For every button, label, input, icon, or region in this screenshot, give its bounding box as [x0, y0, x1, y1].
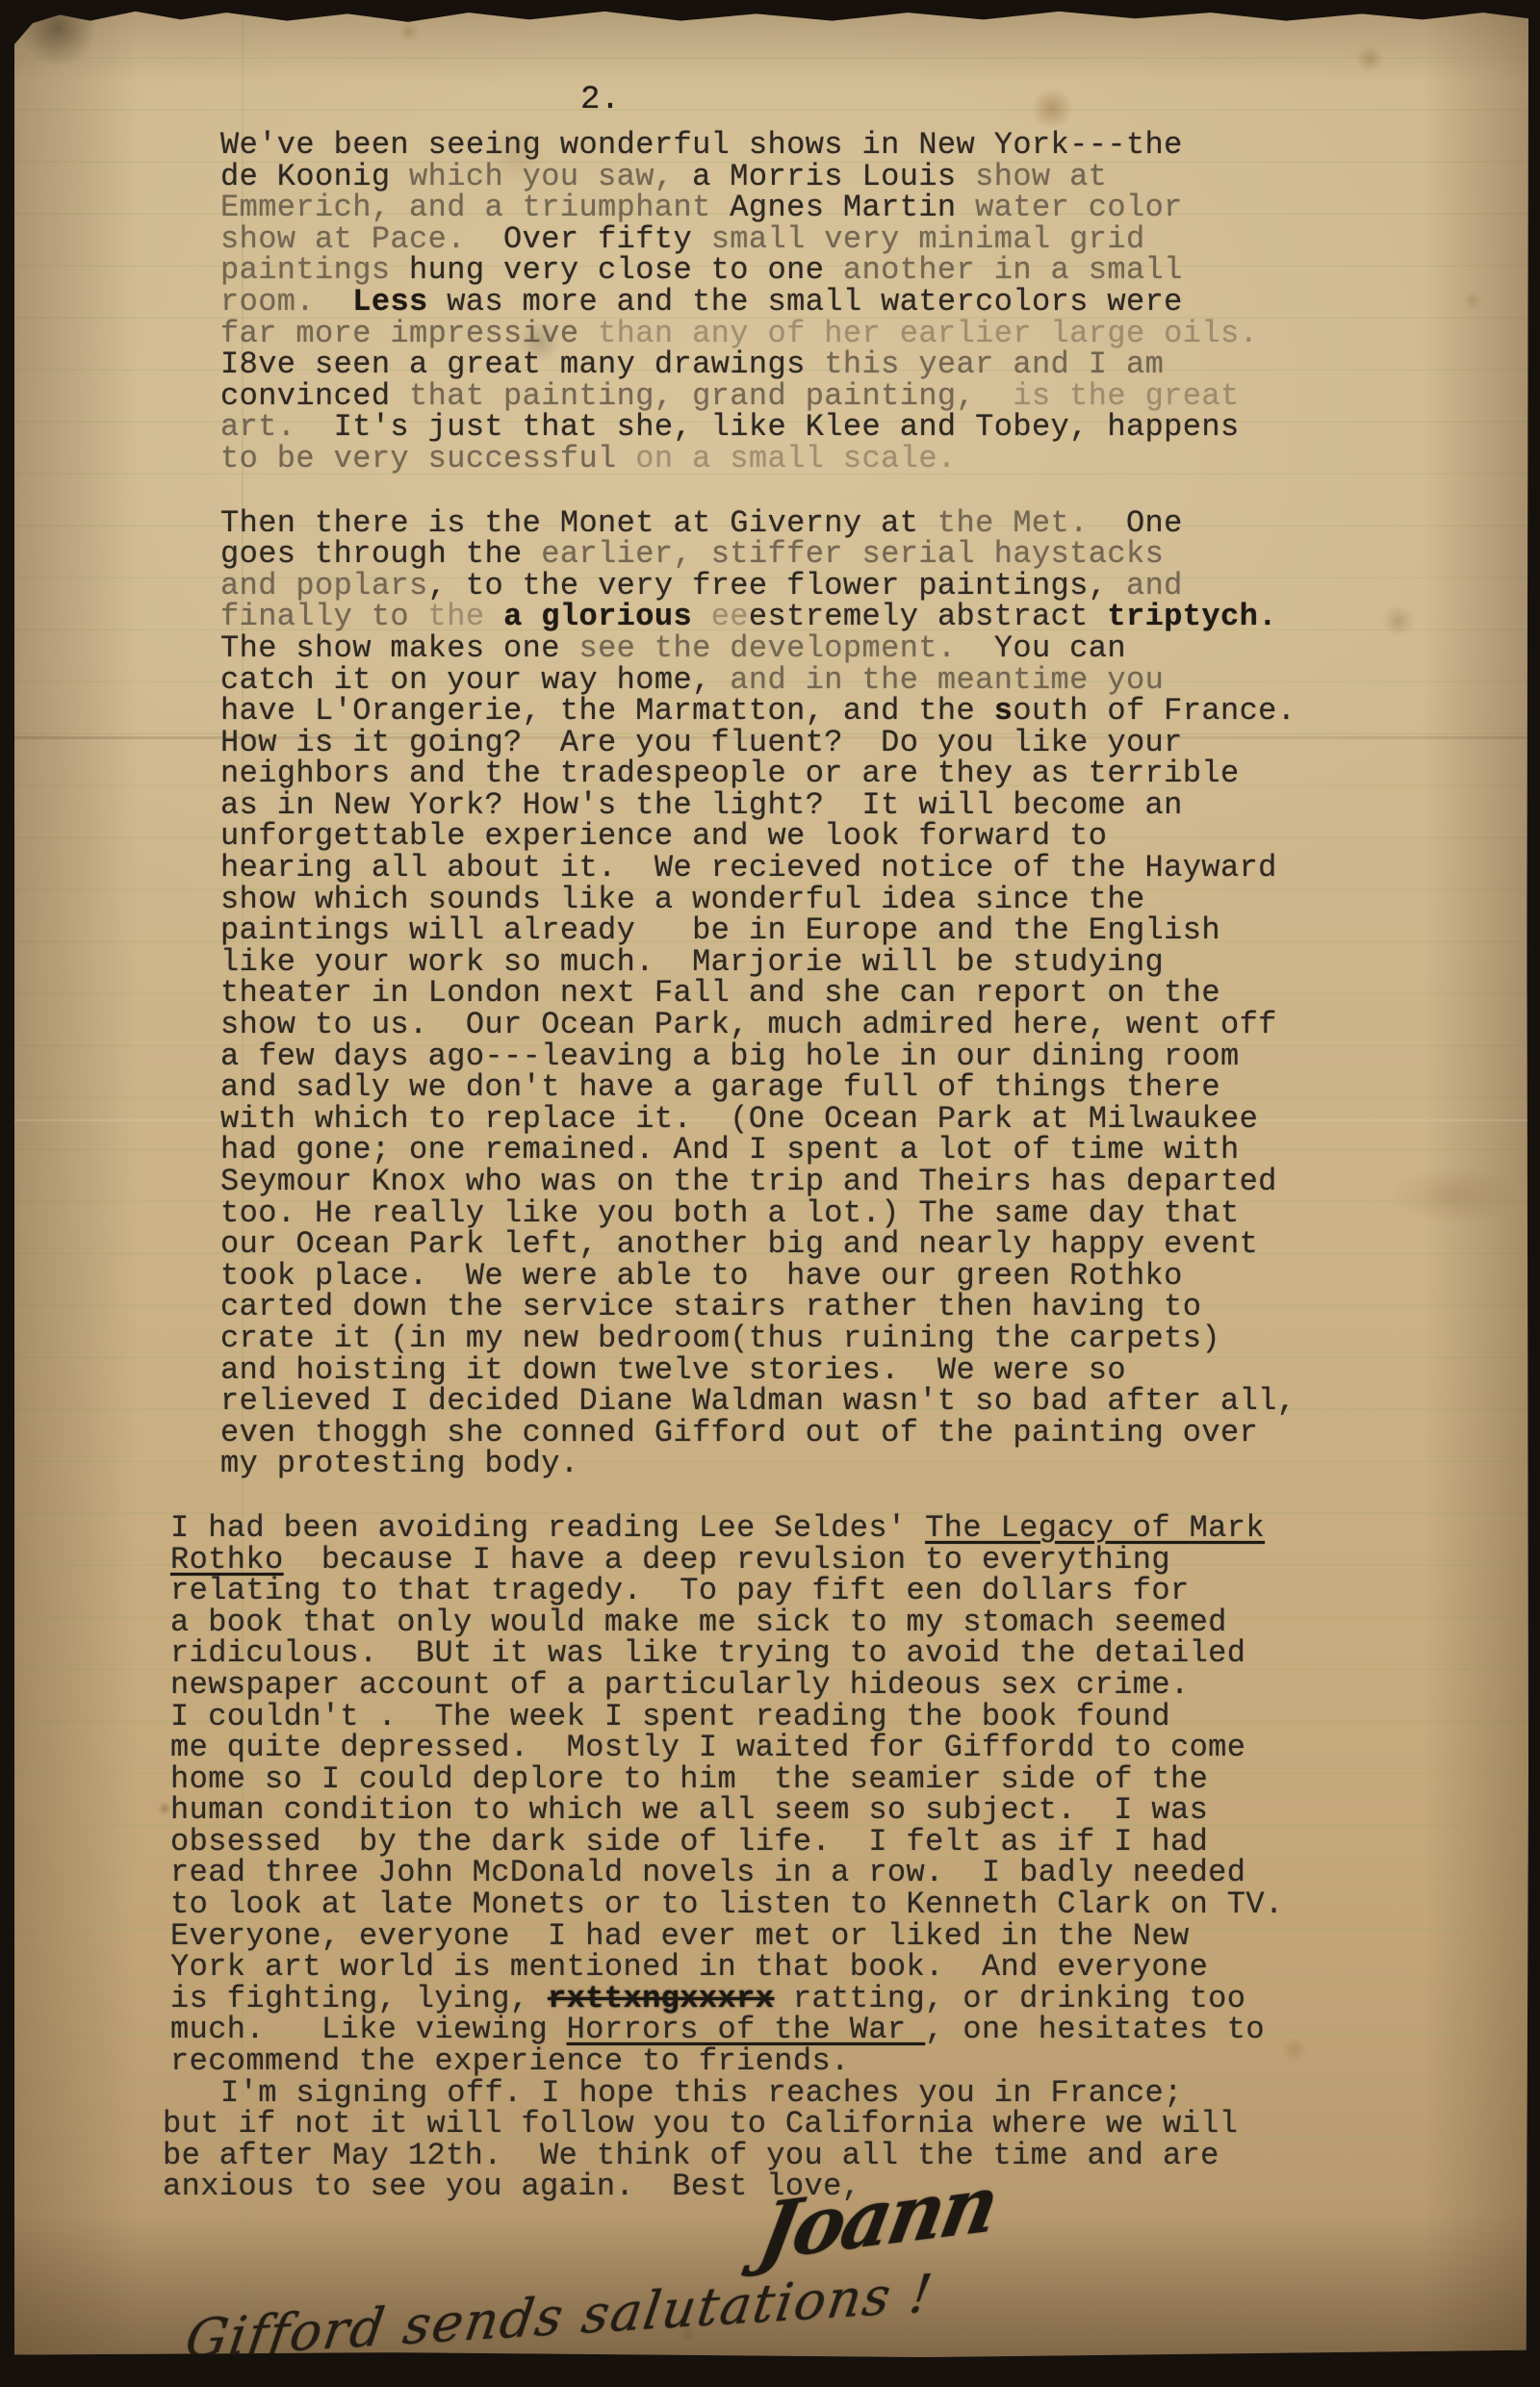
- typed-line: show which sounds like a wonderful idea …: [220, 885, 1528, 916]
- typed-line: is fighting, lying, rxttxngxxxrx ratting…: [170, 1984, 1528, 2015]
- typed-line: have L'Orangerie, the Marmatton, and the…: [220, 696, 1528, 728]
- typed-line: like your work so much. Marjorie will be…: [220, 947, 1528, 979]
- typed-line: had gone; one remained. And I spent a lo…: [220, 1135, 1528, 1167]
- text-segment: relieved I decided Diane Waldman wasn't …: [220, 1383, 1296, 1419]
- typed-line: Emmerich, and a triumphant Agnes Martin …: [220, 192, 1528, 224]
- text-segment: a book that only would make me sick to m…: [170, 1604, 1227, 1640]
- text-segment: read three John McDonald novels in a row…: [170, 1855, 1245, 1890]
- typed-line: and poplars, to the very free flower pai…: [220, 571, 1528, 603]
- text-segment: paintings will already be in Europe and …: [220, 912, 1220, 948]
- text-segment: another in a small: [843, 252, 1183, 288]
- typed-line: goes through the earlier, stiffer serial…: [220, 539, 1528, 571]
- text-segment: a few days ago---leaving a big hole in o…: [220, 1039, 1240, 1074]
- text-segment: The Legacy of Mark: [925, 1510, 1265, 1546]
- text-segment: show which sounds like a wonderful idea …: [220, 882, 1145, 917]
- text-segment: recommend the experience to friends.: [170, 2043, 850, 2079]
- text-segment: ee: [711, 599, 749, 634]
- text-segment: You can: [994, 630, 1126, 666]
- text-segment: How is it going? Are you fluent? Do you …: [220, 725, 1183, 760]
- text-segment: theater in London next Fall and she can …: [220, 975, 1220, 1011]
- typed-line: even thoggh she conned Gifford out of th…: [220, 1418, 1528, 1450]
- typed-line: with which to replace it. (One Ocean Par…: [220, 1104, 1528, 1136]
- typed-line: hearing all about it. We recieved notice…: [220, 853, 1528, 885]
- text-segment: anxious to see you again. Best love,: [163, 2169, 860, 2204]
- text-segment: rxttxngxxxrx: [548, 1981, 774, 2016]
- text-segment: and hoisting it down twelve stories. We …: [220, 1352, 1126, 1388]
- text-segment: s: [994, 693, 1014, 729]
- text-segment: had gone; one remained. And I spent a lo…: [220, 1132, 1240, 1168]
- text-segment: too. He really like you both a lot.) The…: [220, 1195, 1240, 1231]
- text-segment: relating to that tragedy. To pay fift ee…: [170, 1573, 1190, 1608]
- text-segment: catch it on your way home,: [220, 662, 730, 698]
- typed-line: Then there is the Monet at Giverny at th…: [220, 508, 1528, 540]
- typed-line: Rothko because I have a deep revulsion t…: [170, 1545, 1528, 1577]
- text-segment: We've been seeing wonderful shows in New…: [220, 127, 1183, 163]
- typed-line: art. It's just that she, like Klee and T…: [220, 412, 1528, 444]
- typed-line: paintings will already be in Europe and …: [220, 915, 1528, 947]
- typed-line: and hoisting it down twelve stories. We …: [220, 1355, 1528, 1387]
- text-segment: Then there is the Monet at Giverny at: [220, 505, 937, 541]
- text-segment: human condition to which we all seem so …: [170, 1792, 1208, 1828]
- text-segment: a glorious: [503, 599, 711, 634]
- text-segment: obsessed by the dark side of life. I fel…: [170, 1824, 1208, 1860]
- text-segment: York art world is mentioned in that book…: [170, 1949, 1208, 1985]
- text-segment: crate it (in my new bedroom(thus ruining…: [220, 1321, 1220, 1356]
- page-number: 2.: [580, 82, 621, 118]
- text-segment: my protesting body.: [220, 1446, 578, 1481]
- paragraph: Then there is the Monet at Giverny at th…: [220, 508, 1528, 1480]
- typed-line: York art world is mentioned in that book…: [170, 1952, 1528, 1984]
- text-segment: the Met.: [937, 505, 1126, 541]
- text-segment: Over fifty: [503, 221, 711, 257]
- text-segment: this year and I am: [824, 346, 1164, 382]
- typed-line: Seymour Knox who was on the trip and The…: [220, 1167, 1528, 1198]
- text-segment: paintings: [220, 252, 409, 288]
- typed-line: me quite depressed. Mostly I waited for …: [170, 1732, 1528, 1764]
- typed-line: much. Like viewing Horrors of the War , …: [170, 2015, 1528, 2046]
- text-segment: outh of France.: [1013, 693, 1296, 729]
- typed-line: neighbors and the tradespeople or are th…: [220, 758, 1528, 790]
- text-segment: ratting, or drinking too: [774, 1981, 1245, 2016]
- text-segment: carted down the service stairs rather th…: [220, 1289, 1201, 1324]
- text-segment: neighbors and the tradespeople or are th…: [220, 756, 1240, 791]
- typed-line: our Ocean Park left, another big and nea…: [220, 1229, 1528, 1261]
- text-segment: Horrors of the War: [567, 2012, 925, 2047]
- text-segment: I'm signing off. I hope this reaches you…: [220, 2075, 1183, 2111]
- typed-line: as in New York? How's the light? It will…: [220, 790, 1528, 822]
- typed-line: finally to the a glorious eeestremely ab…: [220, 602, 1528, 633]
- typed-line: catch it on your way home, and in the me…: [220, 665, 1528, 697]
- text-segment: a Morris Louis: [692, 159, 975, 194]
- text-segment: me quite depressed. Mostly I waited for …: [170, 1730, 1245, 1765]
- typed-line: human condition to which we all seem so …: [170, 1795, 1528, 1827]
- text-segment: I8ve seen a great many drawings: [220, 346, 824, 382]
- text-segment: because I have a deep revulsion to every…: [284, 1542, 1170, 1578]
- text-segment: newspaper account of a particularly hide…: [170, 1667, 1190, 1703]
- text-segment: water color: [975, 190, 1183, 225]
- text-segment: much. Like viewing: [170, 2012, 567, 2047]
- typed-line: recommend the experience to friends.: [170, 2046, 1528, 2078]
- text-segment: hung very close to one: [409, 252, 843, 288]
- text-segment: home so I could deplore to him the seami…: [170, 1761, 1208, 1797]
- typed-line: be after May 12th. We think of you all t…: [163, 2141, 1528, 2172]
- text-segment: Agnes Martin: [730, 190, 975, 225]
- typed-line: convinced that painting, grand painting,…: [220, 381, 1528, 413]
- text-segment: One: [1126, 505, 1183, 541]
- text-segment: It's just that she, like Klee and Tobey,…: [334, 409, 1240, 445]
- text-segment: even thoggh she conned Gifford out of th…: [220, 1415, 1258, 1450]
- text-segment: show to us. Our Ocean Park, much admired…: [220, 1007, 1277, 1042]
- typed-line: How is it going? Are you fluent? Do you …: [220, 728, 1528, 759]
- typed-line: We've been seeing wonderful shows in New…: [220, 130, 1528, 162]
- text-segment: is the great: [1013, 378, 1239, 414]
- typed-line: obsessed by the dark side of life. I fel…: [170, 1827, 1528, 1859]
- letter-paper: 2. We've been seeing wonderful shows in …: [14, 7, 1528, 2357]
- postscript-note: Gifford sends salutations !: [182, 2263, 937, 2370]
- text-segment: finally to: [220, 599, 428, 634]
- text-segment: our Ocean Park left, another big and nea…: [220, 1226, 1258, 1262]
- text-segment: to look at late Monets or to listen to K…: [170, 1886, 1284, 1922]
- typed-line: home so I could deplore to him the seami…: [170, 1764, 1528, 1796]
- typed-line: show at Pace. Over fifty small very mini…: [220, 224, 1528, 256]
- typed-line: a few days ago---leaving a big hole in o…: [220, 1041, 1528, 1073]
- text-segment: like your work so much. Marjorie will be…: [220, 944, 1164, 980]
- text-segment: Seymour Knox who was on the trip and The…: [220, 1164, 1277, 1199]
- text-segment: triptych.: [1107, 599, 1276, 634]
- typed-line: to be very successful on a small scale.: [220, 444, 1528, 475]
- text-segment: but if not it will follow you to Califor…: [163, 2106, 1238, 2142]
- text-segment: Rothko: [170, 1542, 284, 1578]
- paragraph: We've been seeing wonderful shows in New…: [220, 130, 1528, 475]
- typed-line: I couldn't . The week I spent reading th…: [170, 1702, 1528, 1733]
- paragraph: I had been avoiding reading Lee Seldes' …: [170, 1513, 1528, 2078]
- typed-line: unforgettable experience and we look for…: [220, 821, 1528, 853]
- text-segment: took place. We were able to have our gre…: [220, 1258, 1183, 1294]
- typed-line: a book that only would make me sick to m…: [170, 1607, 1528, 1639]
- text-segment: was more and the small watercolors were: [447, 284, 1183, 320]
- text-segment: to be very successful: [220, 441, 635, 476]
- typed-line: de Koonig which you saw, a Morris Louis …: [220, 162, 1528, 193]
- typed-line: far more impressive than any of her earl…: [220, 319, 1528, 350]
- typed-line: relating to that tragedy. To pay fift ee…: [170, 1576, 1528, 1607]
- text-segment: , one hesitates to: [925, 2012, 1265, 2047]
- typed-line: read three John McDonald novels in a row…: [170, 1858, 1528, 1889]
- typed-line: ridiculous. BUt it was like trying to av…: [170, 1638, 1528, 1670]
- text-segment: , to the very free flower paintings,: [428, 568, 1126, 603]
- text-segment: room.: [220, 284, 352, 320]
- text-segment: and: [1126, 568, 1183, 603]
- typed-line: newspaper account of a particularly hide…: [170, 1670, 1528, 1702]
- text-segment: unforgettable experience and we look for…: [220, 818, 1107, 854]
- text-segment: hearing all about it. We recieved notice…: [220, 850, 1277, 885]
- text-segment: with which to replace it. (One Ocean Par…: [220, 1101, 1258, 1137]
- typed-line: too. He really like you both a lot.) The…: [220, 1198, 1528, 1230]
- text-segment: be after May 12th. We think of you all t…: [163, 2138, 1219, 2173]
- typed-line: theater in London next Fall and she can …: [220, 978, 1528, 1010]
- text-segment: I couldn't . The week I spent reading th…: [170, 1699, 1170, 1734]
- typed-line: but if not it will follow you to Califor…: [163, 2109, 1528, 2141]
- letter-body: We've been seeing wonderful shows in New…: [14, 130, 1528, 2203]
- typed-line: I had been avoiding reading Lee Seldes' …: [170, 1513, 1528, 1545]
- text-segment: and in the meantime you: [730, 662, 1164, 698]
- typed-line: my protesting body.: [220, 1449, 1528, 1480]
- text-segment: earlier, stiffer serial haystacks: [541, 536, 1164, 572]
- typed-line: show to us. Our Ocean Park, much admired…: [220, 1010, 1528, 1041]
- text-segment: than any of her earlier large oils.: [598, 316, 1258, 351]
- text-segment: Everyone, everyone I had ever met or lik…: [170, 1918, 1190, 1954]
- text-segment: that painting, grand painting,: [409, 378, 1013, 414]
- text-segment: as in New York? How's the light? It will…: [220, 787, 1183, 823]
- text-segment: on a small scale.: [635, 441, 956, 476]
- text-segment: Emmerich, and a triumphant: [220, 190, 730, 225]
- typed-line: Everyone, everyone I had ever met or lik…: [170, 1921, 1528, 1953]
- text-segment: the: [428, 599, 503, 634]
- text-segment: and sadly we don't have a garage full of…: [220, 1069, 1220, 1105]
- typed-line: crate it (in my new bedroom(thus ruining…: [220, 1323, 1528, 1355]
- text-segment: is fighting, lying,: [170, 1981, 548, 2016]
- typed-line: room. Less was more and the small waterc…: [220, 287, 1528, 319]
- text-segment: have L'Orangerie, the Marmatton, and the: [220, 693, 994, 729]
- text-segment: estremely abstract: [749, 599, 1107, 634]
- typed-line: took place. We were able to have our gre…: [220, 1261, 1528, 1293]
- text-segment: Less: [352, 284, 447, 320]
- text-segment: art.: [220, 409, 334, 445]
- typed-line: relieved I decided Diane Waldman wasn't …: [220, 1386, 1528, 1418]
- typed-line: I8ve seen a great many drawings this yea…: [220, 349, 1528, 381]
- text-segment: ridiculous. BUt it was like trying to av…: [170, 1635, 1245, 1671]
- typed-line: The show makes one see the development. …: [220, 633, 1528, 665]
- typed-line: I'm signing off. I hope this reaches you…: [163, 2078, 1528, 2110]
- text-segment: goes through the: [220, 536, 541, 572]
- typed-line: paintings hung very close to one another…: [220, 255, 1528, 287]
- text-segment: The show makes one: [220, 630, 578, 666]
- typed-line: carted down the service stairs rather th…: [220, 1292, 1528, 1323]
- text-segment: far more impressive: [220, 316, 598, 351]
- text-segment: I had been avoiding reading Lee Seldes': [170, 1510, 925, 1546]
- typed-line: to look at late Monets or to listen to K…: [170, 1889, 1528, 1921]
- text-segment: see the development.: [578, 630, 993, 666]
- typed-line: and sadly we don't have a garage full of…: [220, 1072, 1528, 1104]
